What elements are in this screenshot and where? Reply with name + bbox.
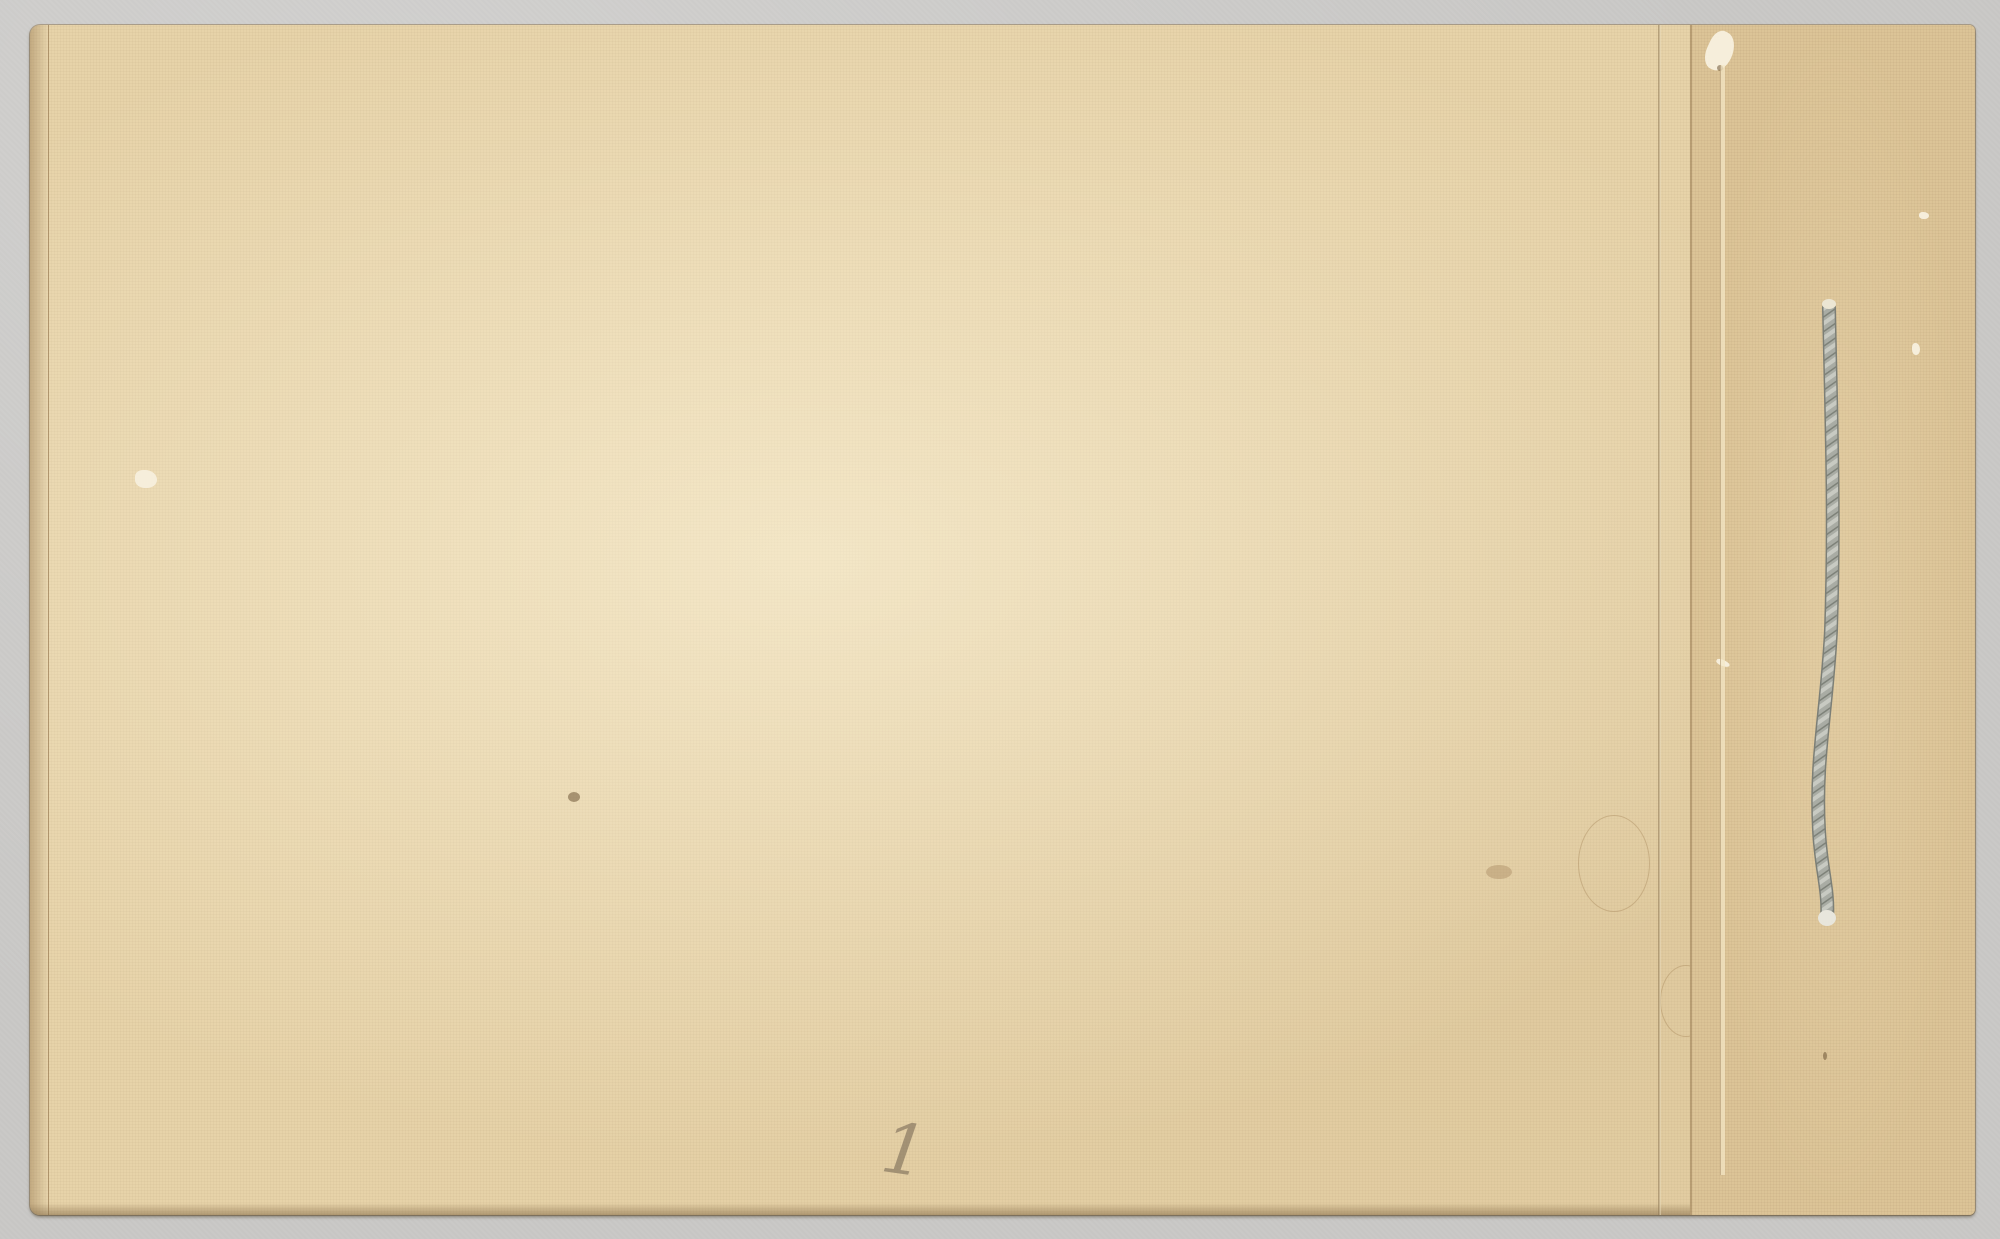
paper-chip <box>1912 343 1920 355</box>
cover-left-edge <box>30 25 49 1215</box>
fold-line <box>1658 25 1661 1215</box>
water-ring <box>1578 815 1650 912</box>
book-cover: 1 <box>30 25 1975 1215</box>
frayed-cord-end <box>1818 910 1836 926</box>
dirt-spot <box>568 792 580 802</box>
dirt-spot <box>1823 1052 1827 1060</box>
paper-chip <box>1919 212 1929 219</box>
stain-spot <box>1486 865 1512 879</box>
flap-inner-edge <box>1720 65 1725 1175</box>
pencil-page-number: 1 <box>877 1112 931 1188</box>
cover-bottom-edge <box>30 1203 1975 1215</box>
paper-chip <box>135 470 157 488</box>
binding-cord <box>1805 290 1845 930</box>
